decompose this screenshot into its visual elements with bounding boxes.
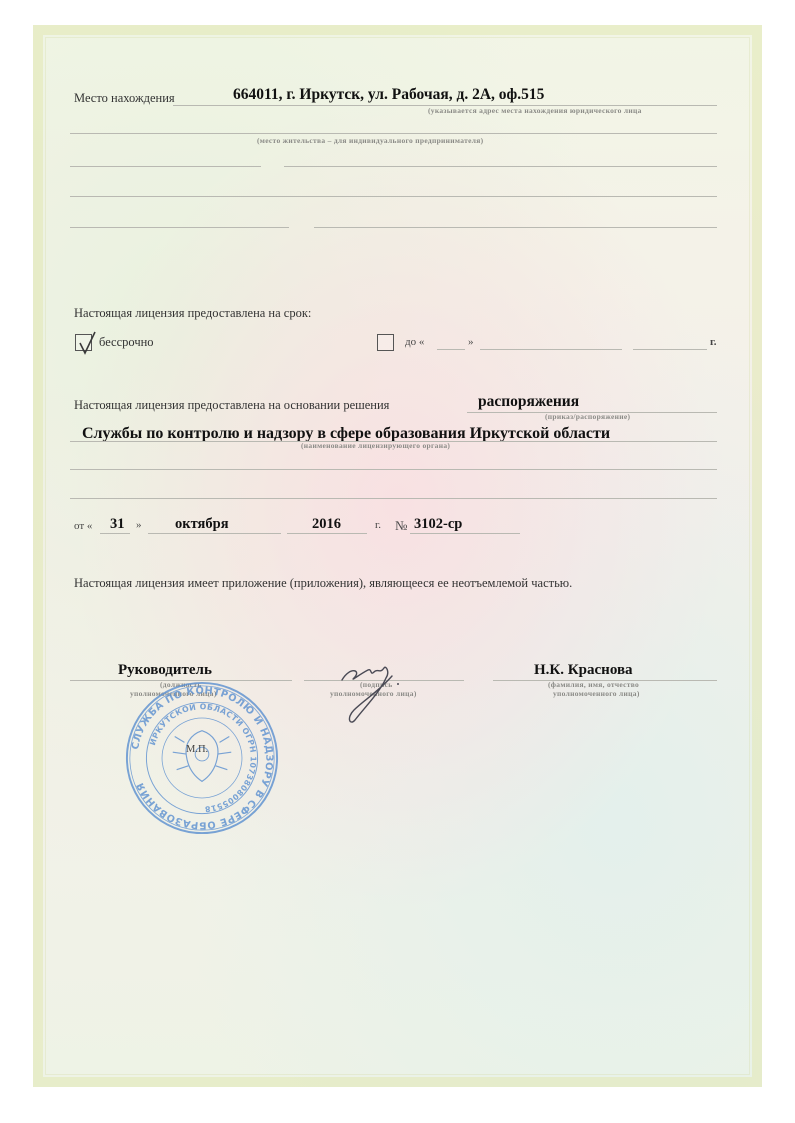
blank-line [70, 469, 717, 470]
basis-label: Настоящая лицензия предоставлена на осно… [74, 398, 389, 413]
signer-position: Руководитель [118, 662, 212, 679]
location-label: Место нахождения [74, 91, 175, 106]
blank-line [284, 166, 717, 167]
decision-number-label: № [395, 518, 407, 534]
handwritten-signature-icon [320, 652, 420, 727]
date-year-suffix: г. [375, 519, 381, 531]
date-day-close: » [136, 519, 142, 531]
option-until-label: до « [405, 336, 424, 348]
blank-line [236, 166, 261, 167]
date-year-line [287, 533, 367, 534]
decision-type-value: распоряжения [478, 393, 579, 411]
blank-line [70, 196, 717, 197]
decision-number-line [410, 533, 520, 534]
date-day-value: 31 [110, 516, 125, 533]
date-year-value: 2016 [312, 516, 341, 533]
location-value: 664011, г. Иркутск, ул. Рабочая, д. 2А, … [233, 86, 544, 104]
term-label: Настоящая лицензия предоставлена на срок… [74, 306, 311, 321]
stamp-inner-text: ИРКУТСКОЙ ОБЛАСТИ ОГРН 1073808005518 [148, 702, 258, 814]
option-indefinite-label: бессрочно [99, 335, 154, 350]
seal-label: М.П. [186, 744, 208, 755]
appendix-note: Настоящая лицензия имеет приложение (при… [74, 576, 572, 591]
individual-line [70, 133, 717, 134]
location-hint-legal: (указывается адрес места нахождения юрид… [428, 107, 642, 116]
decision-type-hint: (приказ/распоряжение) [545, 413, 630, 422]
blank-line [70, 498, 717, 499]
location-hint-individual: (место жительства – для индивидуального … [257, 137, 483, 146]
until-day-line [437, 349, 465, 350]
date-from-label: от « [74, 520, 92, 532]
blank-line [70, 227, 289, 228]
date-day-line [100, 533, 130, 534]
date-month-value: октября [175, 516, 229, 533]
ornamental-border-inner [45, 37, 750, 1075]
until-year-line [633, 349, 707, 350]
signer-name: Н.К. Краснова [534, 662, 633, 679]
authority-hint: (наименование лицензирующего органа) [301, 442, 450, 451]
decision-number-value: 3102-ср [414, 516, 462, 533]
until-close-quote: » [468, 336, 474, 348]
checkbox-indefinite[interactable] [75, 334, 92, 351]
ornamental-border [33, 25, 762, 1087]
official-seal-icon: СЛУЖБА ПО КОНТРОЛЮ И НАДЗОРУ В СФЕРЕ ОБР… [124, 680, 280, 836]
checkmark-icon [77, 331, 97, 357]
license-page [33, 25, 762, 1087]
svg-text:ИРКУТСКОЙ ОБЛАСТИ ОГРН 1073808: ИРКУТСКОЙ ОБЛАСТИ ОГРН 1073808005518 [148, 702, 258, 814]
name-hint-2: уполномоченного лица) [553, 690, 640, 699]
date-month-line [148, 533, 281, 534]
until-month-line [480, 349, 622, 350]
until-year-suffix: г. [710, 336, 717, 348]
blank-line [314, 227, 717, 228]
checkbox-until-date[interactable] [377, 334, 394, 351]
blank-line [70, 166, 246, 167]
